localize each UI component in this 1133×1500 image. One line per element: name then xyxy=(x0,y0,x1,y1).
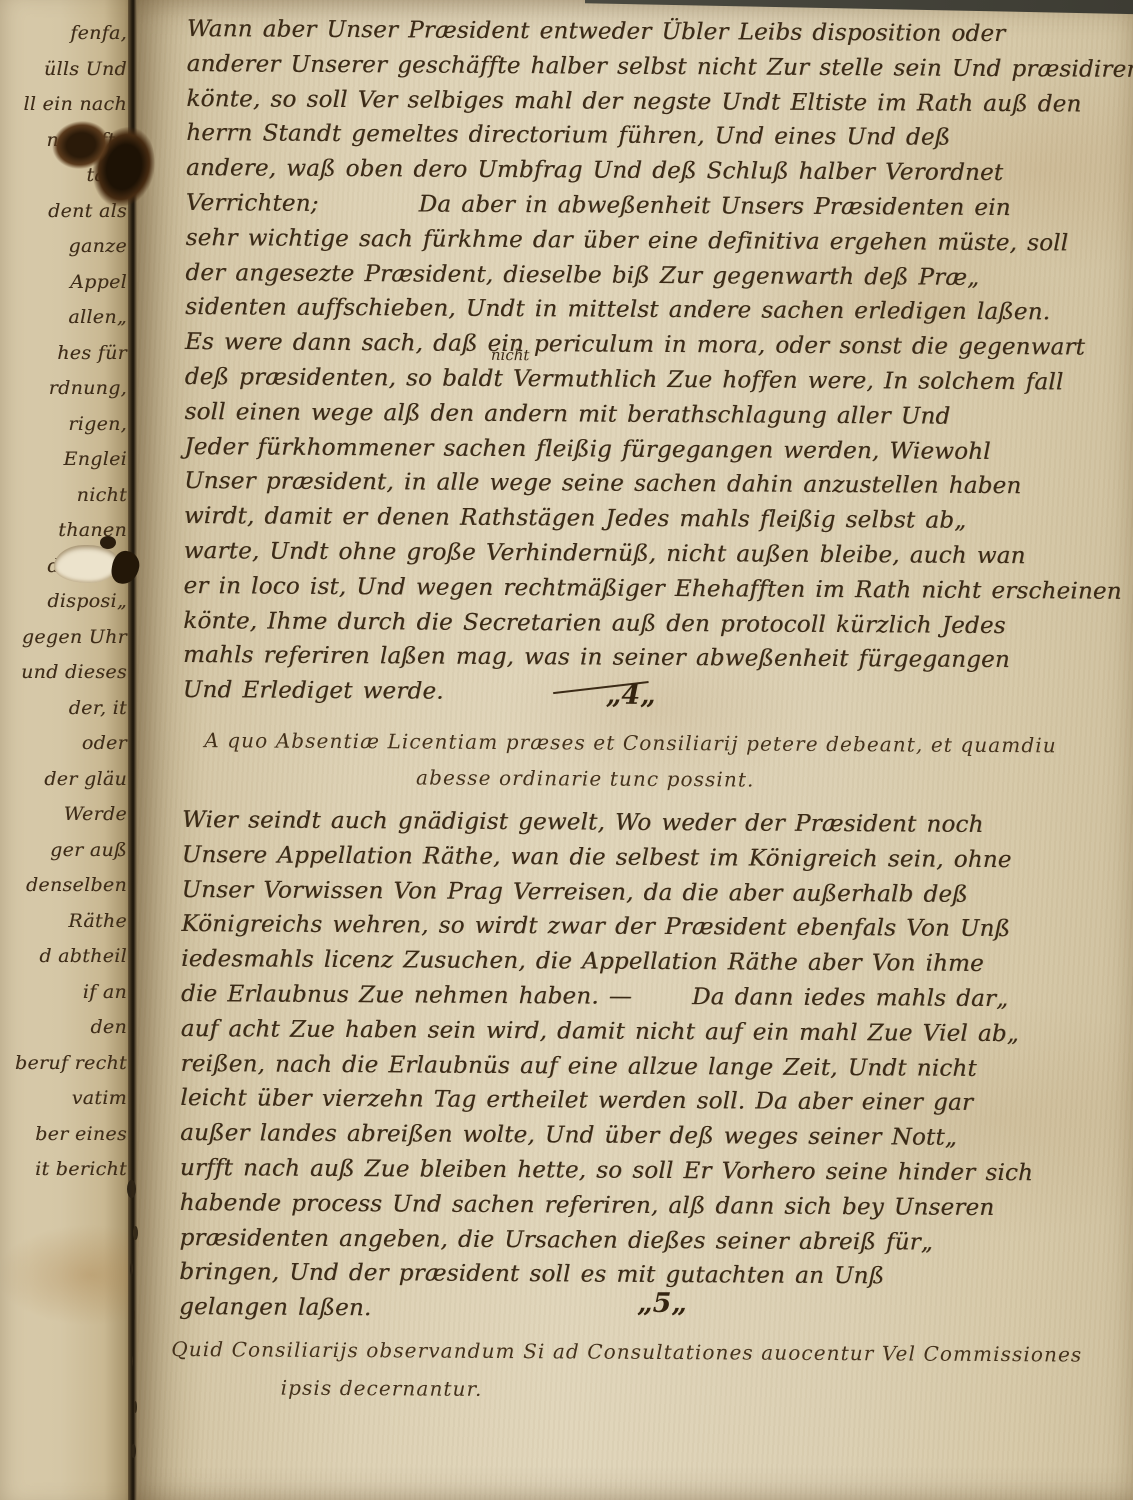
latin-heading-line: A quo Absentiæ Licentiam præses et Consi… xyxy=(132,722,1128,764)
manuscript-line: soll einen wege alß den andern mit berat… xyxy=(184,395,1124,436)
margin-text-fragment: it bericht xyxy=(0,1152,127,1188)
manuscript-line: deß præsidenten, so baldt Vermuthlich Zu… xyxy=(185,360,1125,401)
ink-speck xyxy=(100,536,116,549)
manuscript-line: die Erlaubnus Zue nehmen haben. — Da dan… xyxy=(181,977,1121,1018)
margin-text-fragment: rigen, xyxy=(0,407,127,443)
manuscript-line: herrn Standt gemeltes directorium führen… xyxy=(186,116,1126,157)
manuscript-line: Wier seindt auch gnädigist gewelt, Wo we… xyxy=(182,803,1122,844)
manuscript-line: könte, Ihme durch die Secretarien auß de… xyxy=(183,604,1123,645)
manuscript-line: warte, Undt ohne große Verhindernüß, nic… xyxy=(184,534,1124,575)
margin-text-fragment: gegen Uhr xyxy=(0,620,127,656)
manuscript-line: Unsere Appellation Räthe, wan die selbes… xyxy=(182,838,1122,879)
margin-text-fragment: den xyxy=(0,1010,127,1046)
manuscript-line: Verrichten; Da aber in abweßenheit Unser… xyxy=(186,186,1126,227)
manuscript-line: Es were dann sach, daß ein periculum in … xyxy=(185,325,1125,366)
manuscript-line: Königreichs wehren, so wirdt zwar der Pr… xyxy=(181,907,1121,948)
manuscript-main-page: Wann aber Unser Præsident entweder Übler… xyxy=(137,0,1133,1500)
margin-text-fragment: denselben xyxy=(0,868,127,904)
margin-text-fragment: ll ein nach xyxy=(0,87,127,123)
margin-text-fragment: der, it xyxy=(0,691,127,727)
margin-text-fragment: oder xyxy=(0,726,127,762)
manuscript-line: Unser Vorwissen Von Prag Verreisen, da d… xyxy=(182,873,1122,914)
margin-text-fragment: ber eines xyxy=(0,1117,127,1153)
manuscript-line: mahls referiren laßen mag, was in seiner… xyxy=(183,638,1123,679)
margin-text-fragment: ger auß xyxy=(0,833,127,869)
margin-text-fragment: ganze xyxy=(0,229,127,265)
manuscript-line: auf acht Zue haben sein wird, damit nich… xyxy=(181,1012,1121,1053)
margin-text-fragment: disposi„ xyxy=(0,584,127,620)
margin-text-fragment: allen„ xyxy=(0,300,127,336)
paragraph-section-4: Wier seindt auch gnädigist gewelt, Wo we… xyxy=(179,803,1122,1331)
latin-heading-section-4: A quo Absentiæ Licentiam præses et Consi… xyxy=(132,722,1128,800)
margin-text-fragment: rdnung, xyxy=(0,371,127,407)
latin-heading-line: Quid Consiliarijs observandum Si ad Cons… xyxy=(129,1330,1125,1374)
manuscript-line: außer landes abreißen wolte, Und über de… xyxy=(180,1116,1120,1157)
manuscript-line: præsidenten angeben, die Ursachen dießes… xyxy=(179,1221,1119,1262)
manuscript-line: könte, so soll Ver selbiges mahl der neg… xyxy=(186,82,1126,123)
manuscript-line: sidenten auffschieben, Undt in mittelst … xyxy=(185,290,1125,331)
margin-text-fragment: fenfa, xyxy=(0,16,127,52)
manuscript-line: er in loco ist, Und wegen rechtmäßiger E… xyxy=(183,569,1123,610)
manuscript-line: iedesmahls licenz Zusuchen, die Appellat… xyxy=(181,942,1121,983)
manuscript-line: der angesezte Præsident, dieselbe biß Zu… xyxy=(185,256,1125,297)
margin-text-fragment: Werde xyxy=(0,797,127,833)
manuscript-line: urfft nach auß Zue bleiben hette, so sol… xyxy=(180,1151,1120,1192)
margin-text-fragment: Räthe xyxy=(0,904,127,940)
margin-text-fragment: vatim xyxy=(0,1081,127,1117)
manuscript-line: Unser præsident, in alle wege seine sach… xyxy=(184,464,1124,505)
latin-heading-section-5: Quid Consiliarijs observandum Si ad Cons… xyxy=(128,1330,1124,1412)
margin-text-fragment: beruf recht xyxy=(0,1046,127,1082)
margin-text-fragment: hes für xyxy=(0,336,127,372)
margin-text-fragment: Appel xyxy=(0,265,127,301)
paragraph-continuation: Wann aber Unser Præsident entweder Übler… xyxy=(183,12,1127,714)
latin-heading-line: ipsis decernantur. xyxy=(0,1366,880,1410)
fold-damage-specks xyxy=(127,1180,136,1198)
paper-hole xyxy=(54,545,118,583)
manuscript-line: andere, waß oben dero Umbfrag Und deß Sc… xyxy=(186,151,1126,192)
manuscript-line: Jeder fürkhommener sachen fleißig fürgeg… xyxy=(184,430,1124,471)
margin-text-fragment: Englei xyxy=(0,442,127,478)
manuscript-photo: fenfa,ülls Undll ein nachn Halftetareden… xyxy=(0,0,1133,1500)
margin-text-fragment: nicht xyxy=(0,478,127,514)
facing-page-edge: fenfa,ülls Undll ein nachn Halftetareden… xyxy=(0,0,132,1500)
margin-text-fragment: ülls Und xyxy=(0,52,127,88)
margin-text-fragment: d abtheil xyxy=(0,939,127,975)
section-number-4: „4„ xyxy=(133,676,1129,716)
margin-text-fragment: und dieses xyxy=(0,655,127,691)
manuscript-line: sehr wichtige sach fürkhme dar über eine… xyxy=(185,221,1125,262)
section-number-5: „5„ xyxy=(164,1284,1133,1324)
manuscript-line: anderer Unserer geschäffte halber selbst… xyxy=(187,47,1127,88)
handwriting-layer: Wann aber Unser Præsident entweder Übler… xyxy=(128,0,1133,1500)
manuscript-line: leicht über vierzehn Tag ertheilet werde… xyxy=(180,1081,1120,1122)
manuscript-line: Wann aber Unser Præsident entweder Übler… xyxy=(187,12,1127,53)
interline-insertion: nicht xyxy=(491,346,530,364)
margin-text-fragment: if an xyxy=(0,975,127,1011)
manuscript-line: reißen, nach die Erlaubnüs auf eine allz… xyxy=(180,1047,1120,1088)
manuscript-line: wirdt, damit er denen Rathstägen Jedes m… xyxy=(184,499,1124,540)
latin-heading-line: abesse ordinarie tunc possint. xyxy=(87,757,1083,799)
manuscript-line: habende process Und sachen referiren, al… xyxy=(180,1186,1120,1227)
